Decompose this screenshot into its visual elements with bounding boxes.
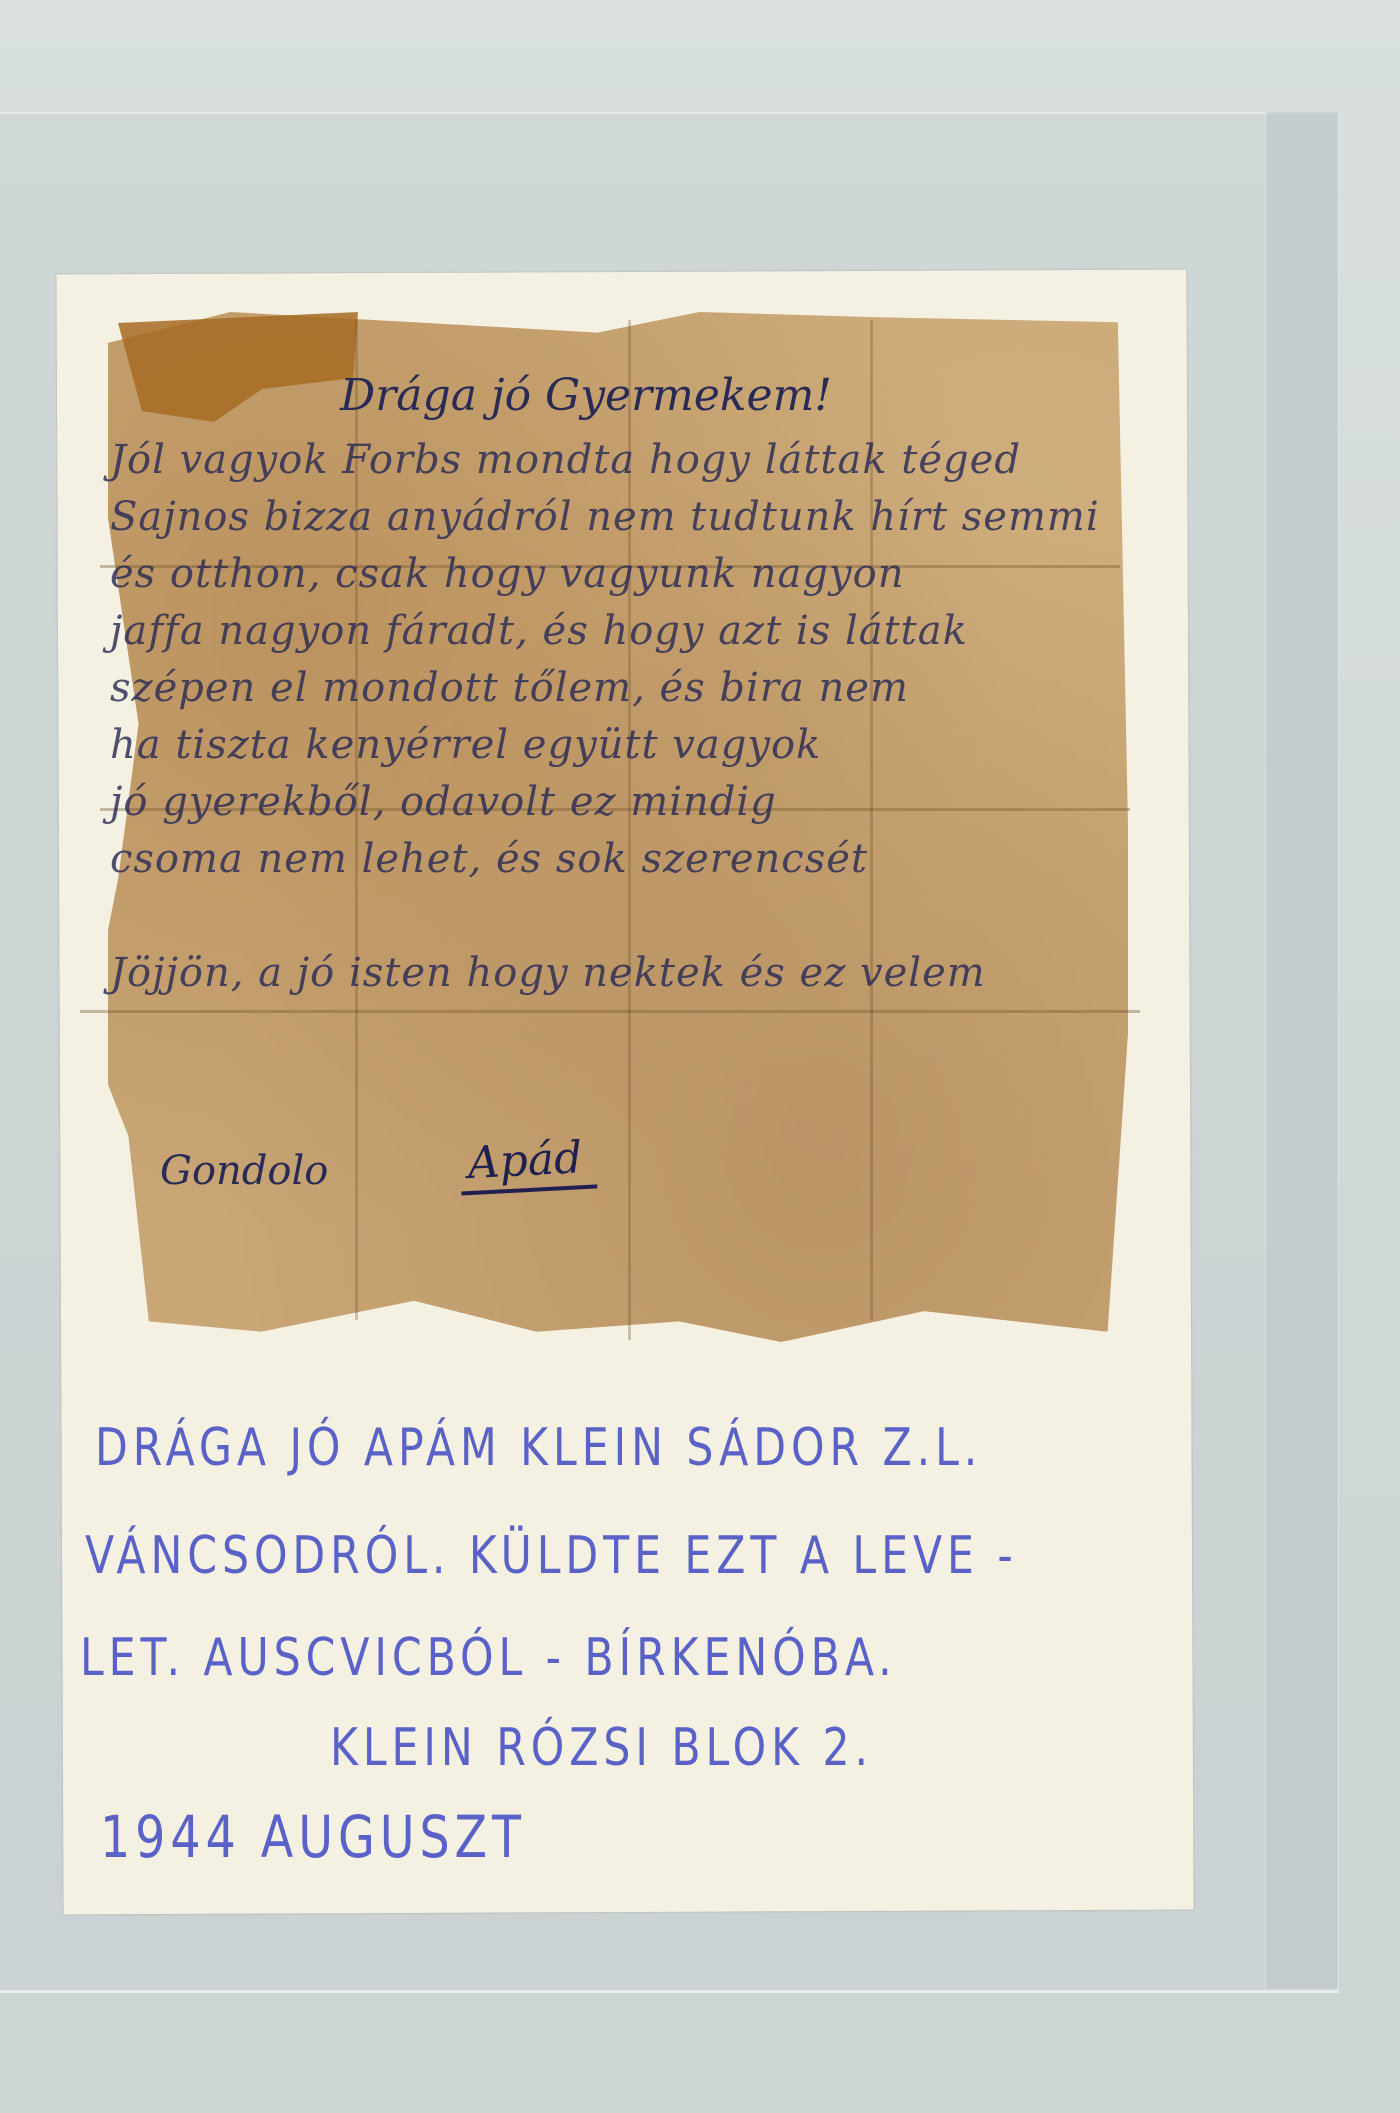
letter-line: szépen el mondott tőlem, és bira nem	[110, 660, 1120, 717]
letter-line: és otthon, csak hogy vagyunk nagyon	[110, 546, 1120, 603]
letter-line: jaffa nagyon fáradt, és hogy azt is látt…	[110, 603, 1120, 660]
sleeve-edge	[1265, 112, 1338, 1988]
letter-line: Jöjjön, a jó isten hogy nektek és ez vel…	[110, 945, 1120, 1002]
annotation-line: VÁNCSODRÓL. KÜLDTE EZT A LEVE -	[85, 1526, 1018, 1586]
annotation-line: KLEIN RÓZSI BLOK 2.	[330, 1718, 873, 1778]
annotation-line: DRÁGA JÓ APÁM KLEIN SÁDOR Z.L.	[95, 1418, 982, 1478]
letter-line: ha tiszta kenyérrel együtt vagyok	[110, 717, 1120, 774]
letter-signature: Apád	[459, 1131, 598, 1195]
letter-line: jó gyerekből, odavolt ez mindig	[110, 774, 1120, 831]
letter-line	[110, 888, 1120, 945]
letter-line: Sajnos bizza anyádról nem tudtunk hírt s…	[110, 489, 1120, 546]
annotation-line: LET. AUSCVICBÓL - BÍRKENÓBA.	[80, 1628, 897, 1688]
annotation-date: 1944 AUGUSZT	[100, 1803, 526, 1871]
letter-closing: Gondolo	[160, 1148, 328, 1194]
letter-body: Jól vagyok Forbs mondta hogy láttak tége…	[110, 432, 1120, 1002]
fold-line	[80, 1010, 1140, 1013]
letter-greeting: Drága jó Gyermekem!	[340, 370, 832, 421]
letter-line: csoma nem lehet, és sok szerencsét	[110, 831, 1120, 888]
letter-line: Jól vagyok Forbs mondta hogy láttak tége…	[110, 432, 1120, 489]
